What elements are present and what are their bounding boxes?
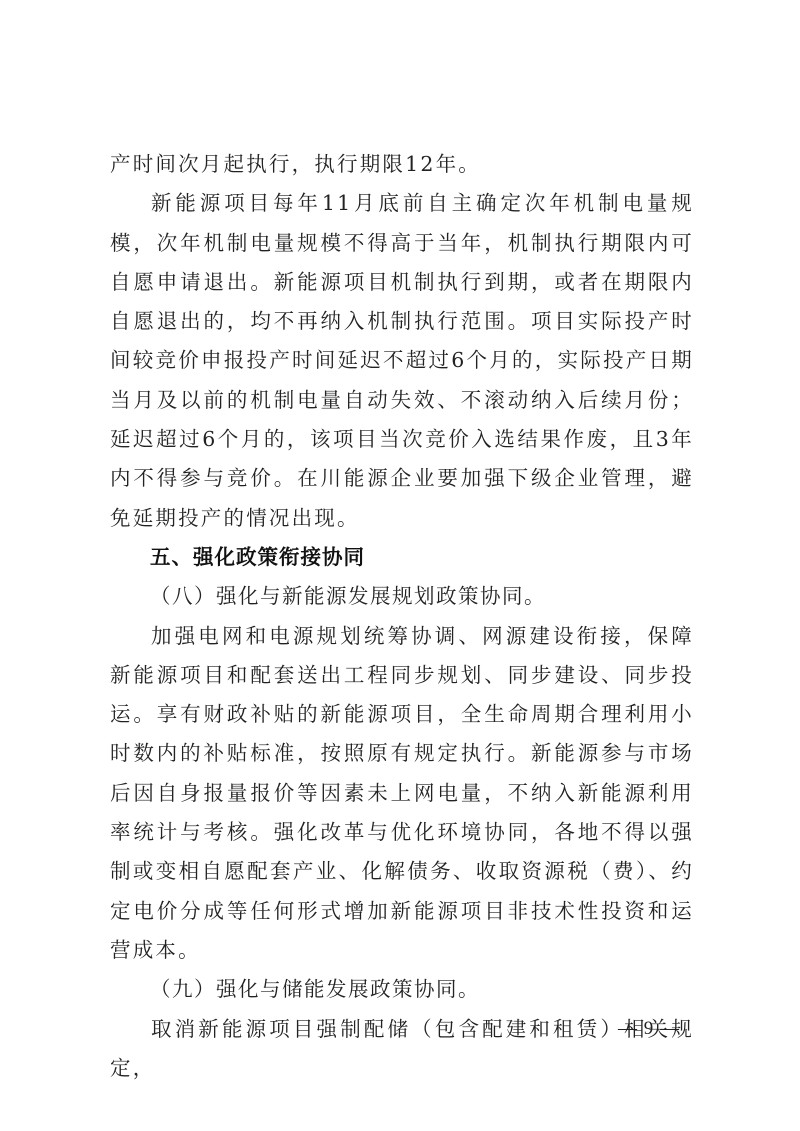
paragraph-mechanism-scale: 新能源项目每年11月底前自主确定次年机制电量规模，次年机制电量规模不得高于当年，… — [110, 184, 694, 538]
paragraph-storage-policy: 取消新能源项目强制配储（包含配建和租赁）相关规定， — [110, 1010, 694, 1089]
page-content: 产时间次月起执行，执行期限12年。 新能源项目每年11月底前自主确定次年机制电量… — [110, 145, 694, 1088]
paragraph-planning-coordination: 加强电网和电源规划统筹协调、网源建设衔接，保障新能源项目和配套送出工程同步规划、… — [110, 617, 694, 971]
document-page: 产时间次月起执行，执行期限12年。 新能源项目每年11月底前自主确定次年机制电量… — [0, 0, 800, 1131]
page-number: — 9 — — [618, 1018, 680, 1040]
subsection-heading-nine: （九）强化与储能发展政策协同。 — [110, 970, 694, 1009]
section-heading-five: 五、强化政策衔接协同 — [110, 538, 694, 577]
paragraph-continuation: 产时间次月起执行，执行期限12年。 — [110, 145, 694, 184]
subsection-heading-eight: （八）强化与新能源发展规划政策协同。 — [110, 577, 694, 616]
